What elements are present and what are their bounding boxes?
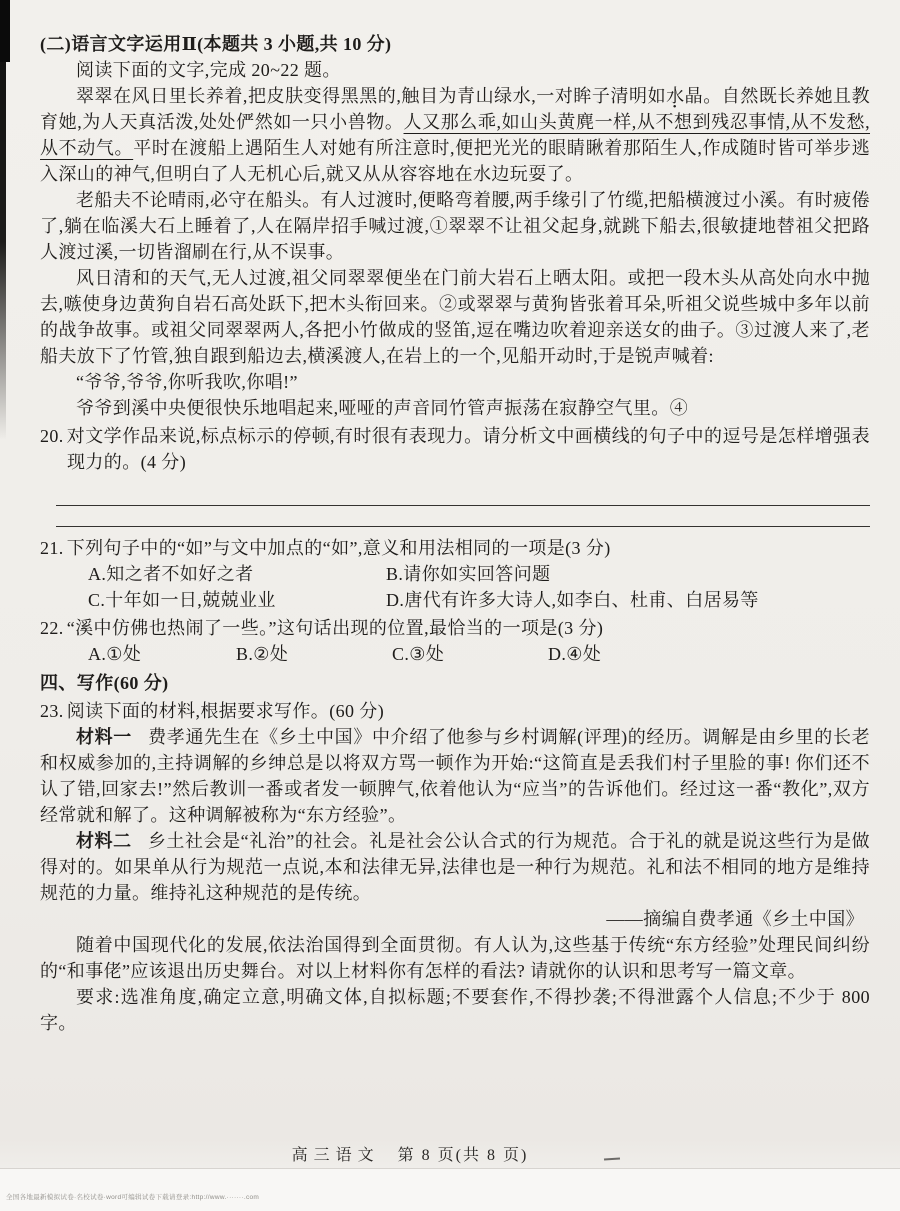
watermark-text: 全国各地最新模拟试卷·名校试卷·word可编辑试卷下载请登录:http://ww… (6, 1192, 259, 1201)
question-21-number: 21. (40, 538, 64, 558)
passage-text: 平时在渡船上遇陌生人对她有所注意时,便把光光的眼睛瞅着那陌生人,作成随时皆可举步… (40, 138, 870, 184)
scanned-exam-page: (二)语言文字运用Ⅱ(本题共 3 小题,共 10 分) 阅读下面的文字,完成 2… (0, 0, 900, 1211)
dotted-emphasis-char: 如 (648, 86, 667, 106)
question-23: 23.阅读下面的材料,根据要求写作。(60 分) (40, 698, 870, 724)
option-b: B.②处 (236, 641, 392, 667)
question-21-options: A.知之者不如好之者 B.请你如实回答问题 C.十年如一日,兢兢业业 D.唐代有… (40, 561, 870, 613)
page-footer: 高三语文第 8 页(共 8 页) (0, 1142, 860, 1165)
option-c: C.③处 (392, 641, 548, 667)
material-2-label: 材料二 (76, 831, 132, 851)
question-23-text: 阅读下面的材料,根据要求写作。(60 分) (67, 701, 384, 721)
source-attribution: ——摘编自费孝通《乡土中国》 (40, 906, 870, 932)
question-20-text: 对文学作品来说,标点标示的停顿,有时很有表现力。请分析文中画横线的句子中的逗号是… (67, 426, 870, 472)
passage-intro: 阅读下面的文字,完成 20~22 题。 (40, 57, 870, 83)
answer-writing-line (56, 505, 870, 506)
question-20: 20.对文学作品来说,标点标示的停顿,有时很有表现力。请分析文中画横线的句子中的… (40, 423, 870, 475)
material-1-text: 费孝通先生在《乡土中国》中介绍了他参与乡村调解(评理)的经历。调解是由乡里的长老… (40, 727, 870, 825)
question-22: 22.“溪中仿佛也热闹了一些。”这句话出现的位置,最恰当的一项是(3 分) (40, 615, 870, 641)
question-23-number: 23. (40, 701, 64, 721)
material-1-label: 材料一 (76, 727, 132, 747)
passage-paragraph-3: 风日清和的天气,无人过渡,祖父同翠翠便坐在门前大岩石上晒太阳。或把一段木头从高处… (40, 265, 870, 369)
question-21: 21.下列句子中的“如”与文中加点的“如”,意义和用法相同的一项是(3 分) (40, 535, 870, 561)
section2-heading: (二)语言文字运用Ⅱ(本题共 3 小题,共 10 分) (40, 31, 870, 57)
passage-paragraph-4: 爷爷到溪中央便很快乐地唱起来,哑哑的声音同竹管声振荡在寂静空气里。④ (40, 395, 870, 421)
passage-paragraph-2: 老船夫不论晴雨,必守在船头。有人过渡时,便略弯着腰,两手缘引了竹缆,把船横渡过小… (40, 187, 870, 265)
question-20-number: 20. (40, 426, 64, 446)
footer-course-label: 高三语文 (292, 1147, 380, 1164)
material-2-paragraph: 材料二乡土社会是“礼治”的社会。礼是社会公认合式的行为规范。合于礼的就是说这些行… (40, 828, 870, 906)
option-d: D.唐代有许多大诗人,如李白、杜甫、白居易等 (386, 587, 870, 613)
question-21-text: 下列句子中的“如”与文中加点的“如”,意义和用法相同的一项是(3 分) (67, 538, 611, 558)
passage-quote-line: “爷爷,爷爷,你听我吹,你唱!” (40, 369, 870, 395)
question-22-number: 22. (40, 618, 64, 638)
requirements-paragraph: 要求:选准角度,确定立意,明确文体,自拟标题;不要套作,不得抄袭;不得泄露个人信… (40, 984, 870, 1036)
option-d: D.④处 (548, 641, 870, 667)
passage-paragraph-1: 翠翠在风日里长养着,把皮肤变得黑黑的,触目为青山绿水,一对眸子清明如水晶。自然既… (40, 83, 870, 187)
scan-edge-artifact-corner (0, 0, 10, 62)
option-a: A.①处 (88, 641, 236, 667)
option-b: B.请你如实回答问题 (386, 561, 870, 587)
scan-bottom-strip (0, 1169, 900, 1211)
closing-paragraph: 随着中国现代化的发展,依法治国得到全面贯彻。有人认为,这些基于传统“东方经验”处… (40, 932, 870, 984)
answer-blank-area (56, 505, 870, 527)
option-a: A.知之者不如好之者 (88, 561, 386, 587)
option-c: C.十年如一日,兢兢业业 (88, 587, 386, 613)
material-1-paragraph: 材料一费孝通先生在《乡土中国》中介绍了他参与乡村调解(评理)的经历。调解是由乡里… (40, 724, 870, 828)
question-22-options: A.①处 B.②处 C.③处 D.④处 (40, 641, 870, 667)
answer-writing-line (56, 526, 870, 527)
footer-page-number: 第 8 页(共 8 页) (398, 1147, 529, 1164)
scan-edge-artifact-left (0, 0, 6, 440)
section4-heading: 四、写作(60 分) (40, 670, 870, 696)
exam-content: (二)语言文字运用Ⅱ(本题共 3 小题,共 10 分) 阅读下面的文字,完成 2… (40, 28, 870, 1036)
question-22-text: “溪中仿佛也热闹了一些。”这句话出现的位置,最恰当的一项是(3 分) (67, 618, 604, 638)
material-2-text: 乡土社会是“礼治”的社会。礼是社会公认合式的行为规范。合于礼的就是说这些行为是做… (40, 831, 870, 903)
passage-text: 翠翠在风日里长养着,把皮肤变得黑黑的,触目为青山绿水,一对眸子清明 (76, 86, 648, 106)
